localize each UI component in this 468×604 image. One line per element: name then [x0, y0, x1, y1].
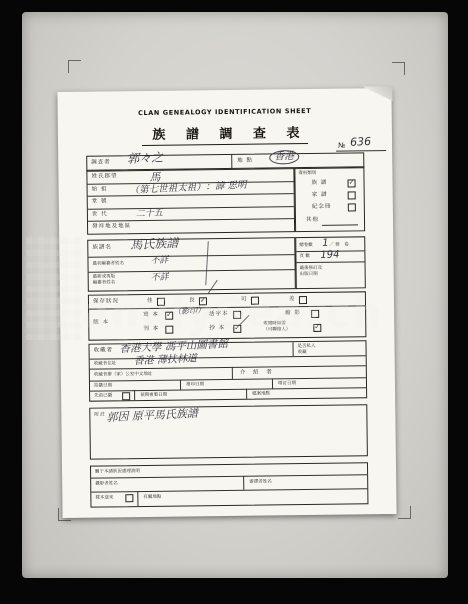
- crop-mark-top-right: [392, 62, 405, 75]
- condition-ok-label: 可: [241, 298, 248, 304]
- no-label: №: [338, 143, 346, 150]
- divider: [88, 206, 294, 210]
- pages-value-handwriting: 194: [320, 250, 340, 261]
- condition-fair-label: 良: [189, 298, 196, 304]
- edition-copy-label: 抄 本: [209, 326, 225, 332]
- divider: [272, 378, 273, 388]
- edition-typeset-label: 活字本: [209, 312, 229, 318]
- english-title: CLAN GENEALOGY IDENTIFICATION SHEET: [58, 106, 392, 118]
- stray-pen-stroke: [205, 241, 209, 285]
- title-compiler-table: 族譜名 馬氏族譜 最初編纂者姓名 不詳 最新或再版編纂者姓名 不詳: [87, 237, 296, 292]
- edition-manuscript-label: 寫 本: [143, 313, 159, 319]
- category-memorial-checkbox: [348, 203, 356, 211]
- condition-poor-checkbox: [299, 296, 307, 304]
- origin-area-label: 發祥地及地區: [92, 224, 131, 230]
- divider: [90, 387, 366, 391]
- divider: [88, 193, 294, 197]
- surname-label: 姓氏郡望: [91, 174, 117, 180]
- identity-table: 姓氏郡望 馬 始 祖 （第七世祖太祖）：諱 思明 堂 號 世 代 二十五 發祥地…: [86, 167, 295, 235]
- first-ancestor-label: 始 祖: [92, 187, 108, 193]
- pages-label: 頁 數: [299, 254, 310, 260]
- condition-label: 保存狀況: [93, 299, 119, 305]
- category-jiapu-label: 家 譜: [312, 193, 328, 199]
- category-box: 資料類別 族 譜 ✓ 家 譜 紀念冊 其他: [294, 166, 365, 232]
- genealogy-title-label: 族譜名: [92, 245, 112, 251]
- edition-contact-label: 索閱時如需（可聯絡人）: [263, 321, 290, 333]
- genealogy-title-handwriting: 馬氏族譜: [130, 237, 179, 251]
- condition-fair-checkbox: ✓: [199, 297, 207, 305]
- office-address-label: 收藏者辦（家）公室中文地址: [94, 372, 153, 378]
- previously-filmed-label: 先前已攝: [94, 393, 112, 399]
- edition-microfilm-checkbox: [311, 310, 319, 318]
- divider: [232, 367, 233, 379]
- review-table: 關于本譜狀況處理說明 攝影者姓名 審譯者姓名 樣本送來 有關地點: [90, 462, 368, 507]
- generations-value-handwriting: 二十五: [136, 209, 163, 219]
- remarks-box: 附 註 郭因 原平馬氏族譜: [89, 404, 368, 459]
- other-blank-line: [322, 224, 358, 225]
- owner-value-handwriting: 香港大學 馮平山圖書館: [119, 339, 228, 355]
- genealogy-form-sheet: CLAN GENEALOGY IDENTIFICATION SHEET 族 譜 …: [57, 88, 396, 518]
- divider: [137, 491, 138, 506]
- scanned-microfilm-frame: CLAN GENEALOGY IDENTIFICATION SHEET 族 譜 …: [0, 0, 468, 604]
- edition-manuscript-checkbox: ✓: [165, 312, 173, 320]
- edition-typeset-checkbox: [233, 311, 241, 319]
- edition-label: 版 本: [93, 320, 109, 326]
- no-value-handwriting: 636: [350, 136, 371, 148]
- hall-name-label: 堂 號: [92, 199, 108, 205]
- condition-good-checkbox: [157, 298, 165, 306]
- divider: [90, 365, 366, 369]
- divider: [91, 488, 367, 492]
- holder-table: 收藏者 香港大學 馮平山圖書館 是否私人收藏 收藏者住址 香港 薄扶林道 收藏者…: [88, 340, 367, 401]
- category-zupu-label: 族 譜: [312, 181, 328, 187]
- divider: [89, 269, 295, 273]
- divider: [231, 155, 232, 169]
- divider: [180, 380, 181, 390]
- owner-address-handwriting: 香港 薄扶林道: [134, 354, 198, 367]
- edition-microfilm-label: 縮 影: [285, 311, 301, 317]
- edition-printed-label: 刊 本: [143, 327, 159, 333]
- planned-copy-date-label: 預期複製日期: [140, 393, 167, 399]
- crop-mark-bottom-right: [398, 506, 411, 519]
- divider: [297, 261, 365, 263]
- volumes-label: 總卷數: [299, 243, 313, 249]
- volumes-suffix-label: ／ 冊 卷: [329, 243, 349, 249]
- divider: [89, 305, 365, 309]
- condition-ok-checkbox: [251, 297, 259, 305]
- related-location-label: 有關地點: [143, 495, 161, 501]
- revision-date-label: 增訂日期: [278, 381, 296, 387]
- chinese-title: 族 譜 調 查 表: [142, 122, 307, 146]
- edition-photocopy-note-handwriting: （影印）: [173, 307, 205, 316]
- edition-contact-checkbox: ✓: [313, 324, 321, 332]
- category-header: 資料類別: [298, 171, 316, 177]
- review-header: 關于本譜狀況處理說明: [95, 469, 140, 475]
- surveyor-label: 調查者: [91, 160, 111, 166]
- reviewer-label: 審譯者姓名: [249, 479, 272, 485]
- revision-date-label: 最後修訂及出版日期: [300, 266, 323, 278]
- divider: [243, 476, 244, 490]
- divider: [88, 218, 294, 222]
- sample-sent-checkbox: [125, 494, 133, 502]
- latest-compiler-handwriting: 不詳: [150, 273, 168, 283]
- sample-sent-label: 樣本送來: [95, 495, 113, 501]
- category-jiapu-checkbox: [348, 191, 356, 199]
- remarks-handwriting: 郭因 原平馬氏族譜: [106, 408, 198, 423]
- category-other-label: 其他: [306, 218, 319, 224]
- private-holding-label: 是否私人收藏: [298, 344, 316, 355]
- folded-corner: [362, 86, 392, 101]
- surveyor-value-handwriting: 郭々之: [127, 151, 164, 165]
- volumes-value-handwriting: 1: [322, 239, 329, 249]
- place-value-handwriting: 香港: [269, 152, 299, 163]
- divider: [91, 474, 367, 478]
- condition-edition-table: 保存狀況 佳 良 ✓ 可 差 版 本 寫 本 ✓ （影印） 活字本 縮 影 刊 …: [88, 291, 367, 340]
- divider: [90, 377, 366, 381]
- introducer-label: 介 紹 者: [240, 370, 275, 376]
- divider: [134, 390, 135, 400]
- divider: [292, 342, 293, 356]
- photographer-label: 攝影者姓名: [95, 481, 118, 487]
- edition-printed-checkbox: [165, 326, 173, 334]
- filming-date-label: 拍攝日期: [94, 383, 112, 389]
- counts-box: 總卷數 1 ／ 冊 卷 頁 數 194 最後修訂及出版日期: [295, 236, 366, 289]
- condition-poor-label: 差: [289, 297, 296, 303]
- condition-good-label: 佳: [147, 299, 154, 305]
- generations-label: 世 代: [92, 212, 108, 218]
- first-compiler-handwriting: 不詳: [150, 256, 168, 266]
- category-zupu-checkbox: ✓: [348, 179, 356, 187]
- remarks-label: 附 註: [94, 413, 105, 419]
- edition-copy-checkbox: ✓: [233, 325, 241, 333]
- archive-location-label: 檔案地點: [252, 391, 270, 397]
- category-memorial-label: 紀念冊: [312, 205, 332, 211]
- surname-value-handwriting: 馬: [149, 172, 161, 184]
- place-label: 地 點: [237, 159, 253, 165]
- owner-label: 收藏者: [94, 348, 114, 354]
- divider: [90, 355, 366, 359]
- divider: [88, 254, 294, 258]
- latest-compiler-label: 最新或再版編纂者姓名: [93, 274, 116, 286]
- first-compiler-label: 最初編纂者姓名: [92, 261, 124, 267]
- copy-date-label: 複印日期: [186, 382, 204, 388]
- divider: [246, 389, 247, 399]
- crop-mark-top-left: [68, 60, 81, 73]
- owner-address-label: 收藏者住址: [94, 361, 117, 367]
- previously-filmed-checkbox: [122, 392, 130, 400]
